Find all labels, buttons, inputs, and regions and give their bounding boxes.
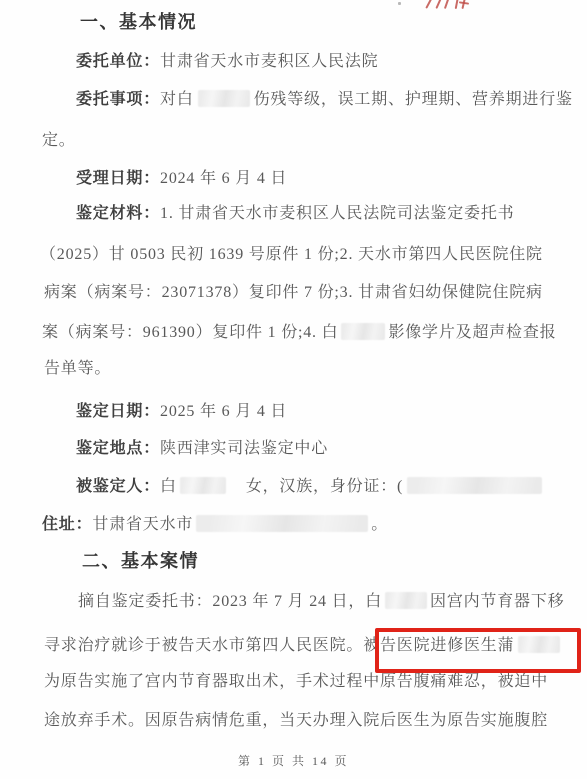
address-line: 住址：甘肃省天水市。 xyxy=(42,513,388,537)
appraisal-date-value: 2025 年 6 月 4 日 xyxy=(160,403,287,420)
case-line-2-pre: 寻求治疗就诊于被告天水市第四人民医院。 xyxy=(44,637,363,654)
case-line-2-boxed-text: 被告医院进修医生蒲 xyxy=(363,637,514,654)
handwriting-stroke xyxy=(425,0,432,9)
case-line-1-post: 因宫内节育器下移 xyxy=(430,593,564,610)
materials-line-4-pre: 案（病案号：961390）复印件 1 份;4. 白 xyxy=(42,324,338,341)
materials-label: 鉴定材料： xyxy=(76,205,160,222)
appraisal-place-label: 鉴定地点： xyxy=(76,440,160,457)
entrust-matter-wrap-line: 定。 xyxy=(42,129,76,153)
redaction-blur xyxy=(341,323,385,340)
section2-heading: 二、基本案情 xyxy=(82,549,199,573)
appraisee-line: 被鉴定人：白女，汉族，身份证：( xyxy=(76,475,542,499)
appraisee-pre: 白 xyxy=(160,478,177,495)
redaction-blur xyxy=(518,636,560,653)
handwriting-stroke xyxy=(435,0,442,9)
address-label: 住址： xyxy=(42,516,92,533)
appraisal-place-line: 鉴定地点：陕西津实司法鉴定中心 xyxy=(76,437,328,461)
redaction-blur xyxy=(198,90,250,107)
appraisal-date-label: 鉴定日期： xyxy=(76,403,160,420)
accept-date-label: 受理日期： xyxy=(76,170,160,187)
handwriting-stroke xyxy=(444,0,450,9)
entrust-unit-line: 委托单位：甘肃省天水市麦积区人民法院 xyxy=(76,50,378,74)
entrust-matter-pre: 对白 xyxy=(160,91,194,108)
appraisal-place-value: 陕西津实司法鉴定中心 xyxy=(160,440,328,457)
accept-date-value: 2024 年 6 月 4 日 xyxy=(160,170,287,187)
entrust-matter-line: 委托事项：对白伤残等级，误工期、护理期、营养期进行鉴 xyxy=(76,88,573,112)
redaction-blur xyxy=(385,592,427,609)
appraisee-mid: 女，汉族，身份证：( xyxy=(246,478,403,495)
redaction-blur xyxy=(407,477,542,494)
appraisee-label: 被鉴定人： xyxy=(76,478,160,495)
handwriting-stroke xyxy=(398,2,401,5)
redaction-blur xyxy=(180,477,226,494)
case-line-1-pre: 摘自鉴定委托书：2023 年 7 月 24 日，白 xyxy=(78,593,382,610)
materials-item-1: 1. 甘肃省天水市麦积区人民法院司法鉴定委托书 xyxy=(160,205,514,222)
case-line-3: 为原告实施了宫内节育器取出术，手术过程中原告腹痛难忍，被迫中 xyxy=(44,670,548,694)
accept-date-line: 受理日期：2024 年 6 月 4 日 xyxy=(76,167,287,191)
materials-line-1: 鉴定材料：1. 甘肃省天水市麦积区人民法院司法鉴定委托书 xyxy=(76,202,514,226)
materials-line-5: 告单等。 xyxy=(44,357,111,381)
entrust-unit-label: 委托单位： xyxy=(76,53,160,70)
entrust-matter-label: 委托事项： xyxy=(76,91,160,108)
document-page: 一、基本情况 委托单位：甘肃省天水市麦积区人民法院 委托事项：对白伤残等级，误工… xyxy=(0,0,587,779)
entrust-unit-value: 甘肃省天水市麦积区人民法院 xyxy=(160,53,378,70)
materials-line-3: 病案（病案号：23071378）复印件 7 份;3. 甘肃省妇幼保健院住院病 xyxy=(44,281,543,305)
materials-line-2: （2025）甘 0503 民初 1639 号原件 1 份;2. 天水市第四人民医… xyxy=(40,243,543,267)
appraisal-date-line: 鉴定日期：2025 年 6 月 4 日 xyxy=(76,400,287,424)
page-footer: 第 1 页 共 14 页 xyxy=(0,752,587,769)
address-pre: 甘肃省天水市 xyxy=(92,516,193,533)
case-line-2: 寻求治疗就诊于被告天水市第四人民医院。被告医院进修医生蒲 xyxy=(44,634,560,658)
entrust-matter-post: 伤残等级，误工期、护理期、营养期进行鉴 xyxy=(254,91,573,108)
materials-line-4: 案（病案号：961390）复印件 1 份;4. 白影像学片及超声检查报 xyxy=(42,321,556,345)
case-line-1: 摘自鉴定委托书：2023 年 7 月 24 日，白因宫内节育器下移 xyxy=(78,590,564,614)
section1-heading: 一、基本情况 xyxy=(80,10,197,34)
case-line-4: 途放弃手术。因原告病情危重，当天办理入院后医生为原告实施腹腔 xyxy=(44,709,548,733)
address-end: 。 xyxy=(371,516,388,533)
materials-line-4-post: 影像学片及超声检查报 xyxy=(388,324,556,341)
redaction-blur xyxy=(196,515,368,532)
